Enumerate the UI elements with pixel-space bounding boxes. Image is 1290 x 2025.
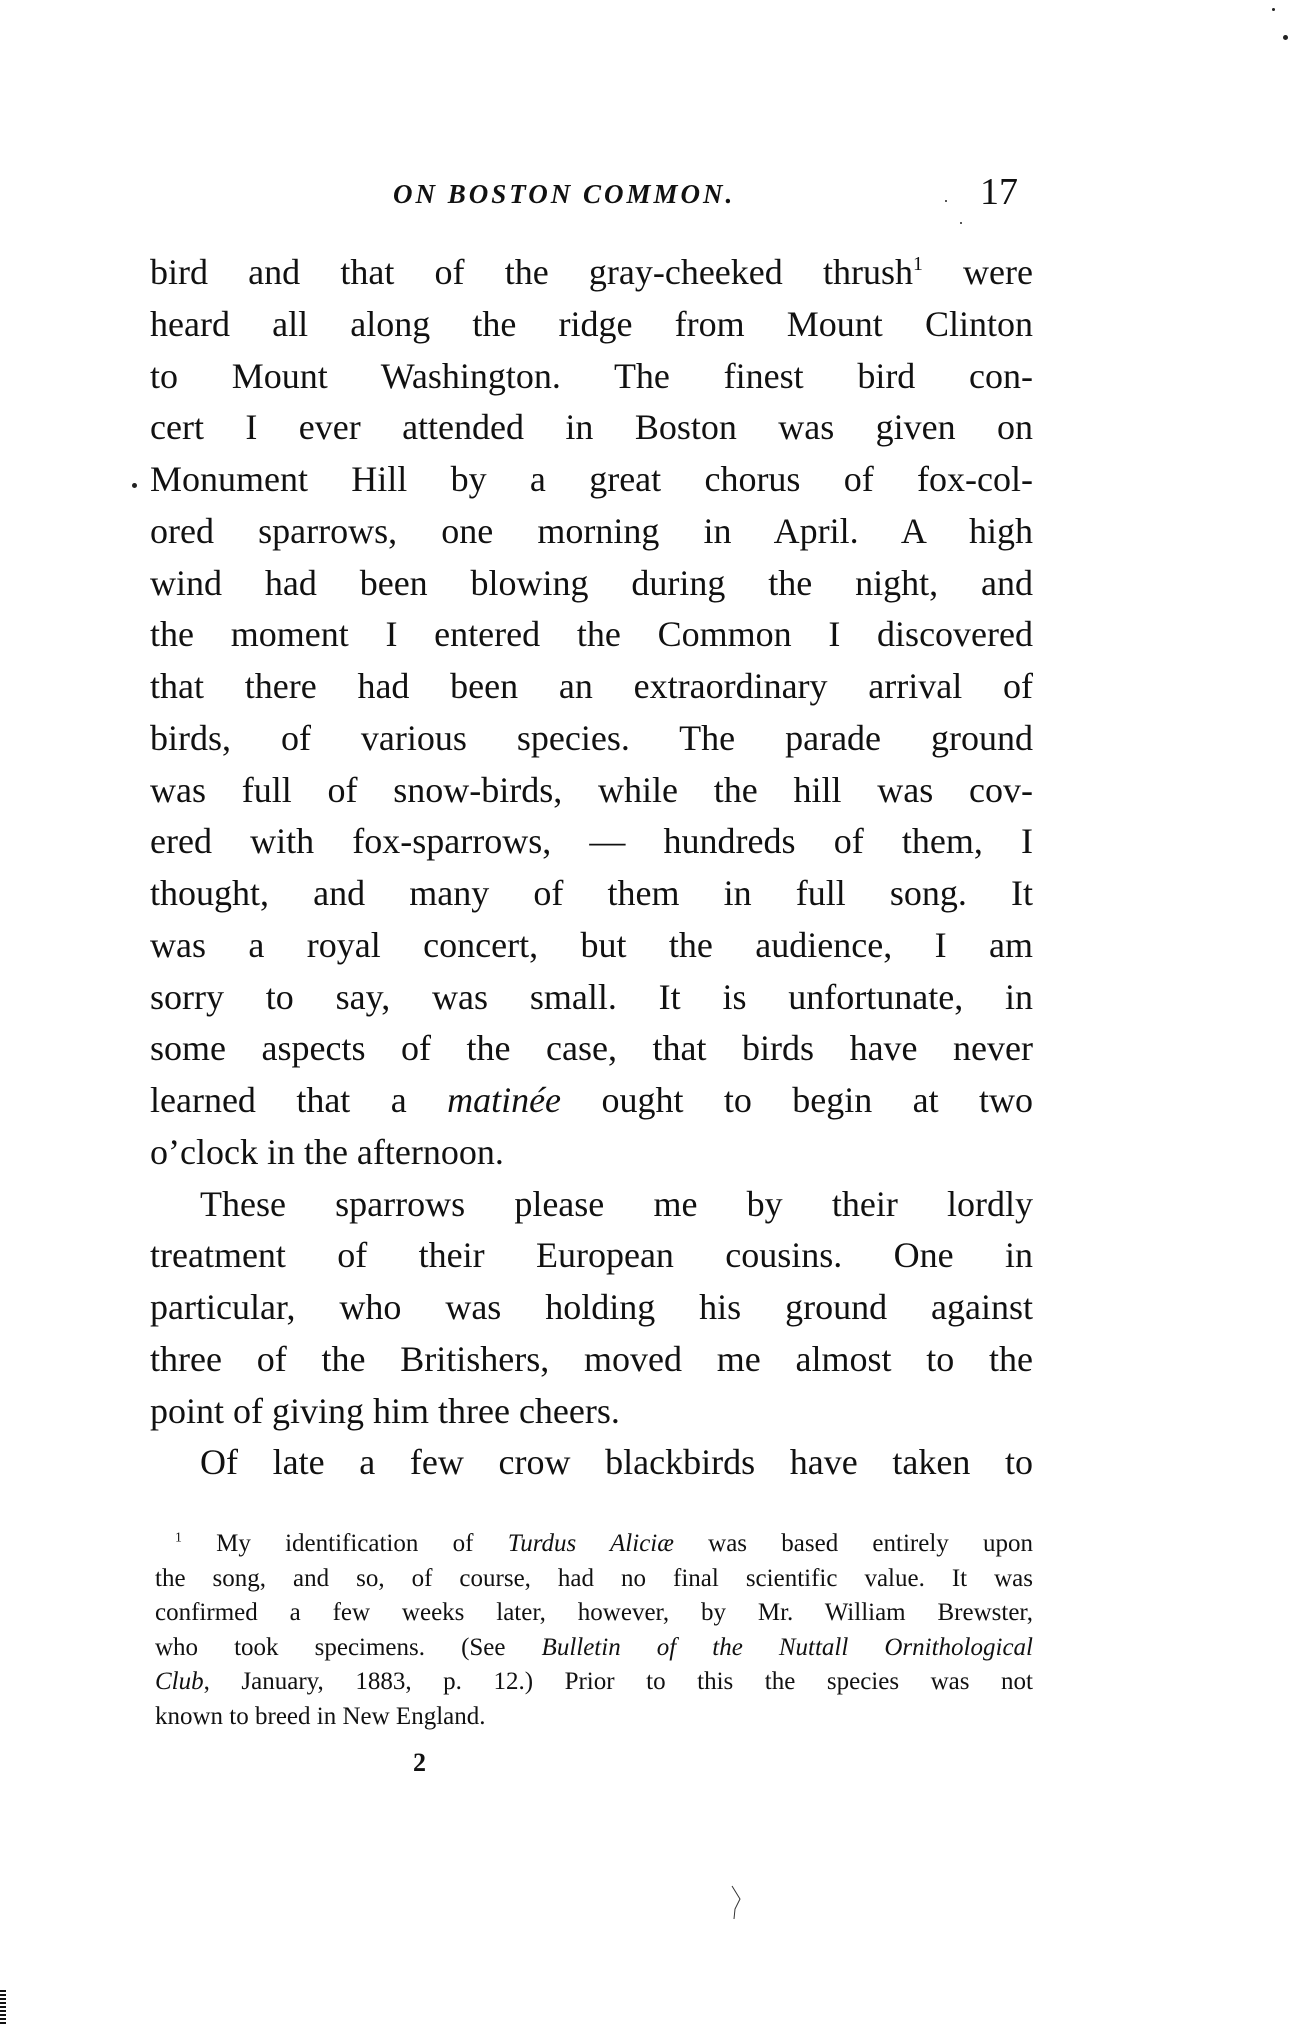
- text-line: particular, who was holding his ground a…: [150, 1282, 1033, 1334]
- text-line: o’clock in the afternoon.: [150, 1127, 1033, 1179]
- scan-noise: [0, 1990, 6, 2025]
- italic-word: matinée: [447, 1080, 561, 1120]
- footnote-line: known to breed in New England.: [155, 1700, 1033, 1735]
- running-title: ON BOSTON COMMON.: [393, 176, 735, 212]
- scan-speck: [1283, 35, 1288, 40]
- scan-speck: [1272, 8, 1275, 11]
- footnote-line: Club, January, 1883, p. 12.) Prior to th…: [155, 1665, 1033, 1700]
- footnote-line: 1 My identification of Turdus Aliciæ was…: [155, 1527, 1033, 1562]
- running-head: ON BOSTON COMMON. 17: [393, 176, 1033, 216]
- text-line: to Mount Washington. The finest bird con…: [150, 351, 1033, 403]
- text-line: ored sparrows, one morning in April. A h…: [150, 506, 1033, 558]
- text-line: bird and that of the gray-cheeked thrush…: [150, 247, 1033, 299]
- text-line: learned that a matinée ought to begin at…: [150, 1075, 1033, 1127]
- text-line: point of giving him three cheers.: [150, 1386, 1033, 1438]
- text-line: that there had been an extraordinary arr…: [150, 661, 1033, 713]
- scan-speck: [945, 200, 947, 202]
- body-text: bird and that of the gray-cheeked thrush…: [150, 247, 1033, 1489]
- footnote-marker: 1: [175, 1529, 182, 1544]
- paragraph-start-line: These sparrows please me by their lordly: [150, 1179, 1033, 1231]
- scan-speck: [960, 222, 962, 224]
- footnote-line: confirmed a few weeks later, however, by…: [155, 1596, 1033, 1631]
- footnote-reference: 1: [913, 253, 923, 275]
- paragraph-start-line: Of late a few crow blackbirds have taken…: [150, 1437, 1033, 1489]
- text-line: was a royal concert, but the audience, I…: [150, 920, 1033, 972]
- text-line: some aspects of the case, that birds hav…: [150, 1023, 1033, 1075]
- book-page: ON BOSTON COMMON. 17 bird and that of th…: [0, 0, 1290, 2025]
- text-line: the moment I entered the Common I discov…: [150, 609, 1033, 661]
- scan-squiggle: [730, 1885, 744, 1920]
- text-line: heard all along the ridge from Mount Cli…: [150, 299, 1033, 351]
- text-line: birds, of various species. The parade gr…: [150, 713, 1033, 765]
- text-line: treatment of their European cousins. One…: [150, 1230, 1033, 1282]
- text-line: ered with fox-sparrows, — hundreds of th…: [150, 816, 1033, 868]
- page-number: 17: [980, 170, 1018, 214]
- text-line: cert I ever attended in Boston was given…: [150, 402, 1033, 454]
- text-line: wind had been blowing during the night, …: [150, 558, 1033, 610]
- text-line: thought, and many of them in full song. …: [150, 868, 1033, 920]
- footnote-line: who took specimens. (See Bulletin of the…: [155, 1631, 1033, 1666]
- signature-mark: 2: [413, 1748, 426, 1778]
- scan-speck: [132, 483, 137, 488]
- footnote: 1 My identification of Turdus Aliciæ was…: [155, 1527, 1033, 1734]
- text-line: sorry to say, was small. It is unfortuna…: [150, 972, 1033, 1024]
- footnote-line: the song, and so, of course, had no fina…: [155, 1562, 1033, 1597]
- text-line: was full of snow-birds, while the hill w…: [150, 765, 1033, 817]
- text-line: three of the Britishers, moved me almost…: [150, 1334, 1033, 1386]
- text-line: Monument Hill by a great chorus of fox-c…: [150, 454, 1033, 506]
